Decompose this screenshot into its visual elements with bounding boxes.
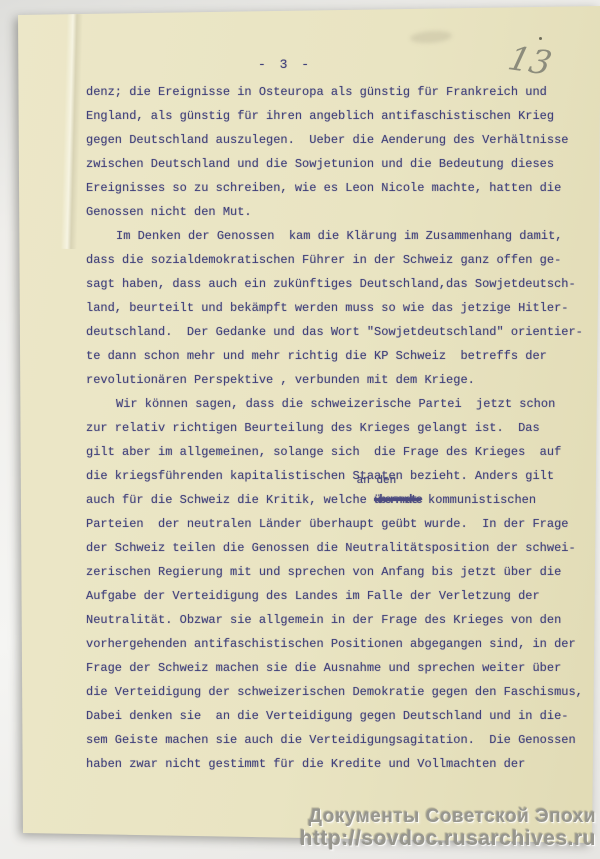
text-line: dass die sozialdemokratischen Führer in …: [86, 248, 600, 272]
inserted-correction: an den: [357, 475, 397, 487]
text-line: der Schweiz teilen die Genossen die Neut…: [86, 536, 600, 560]
scan-background: - 3 - 13 denz; die Ereignisse in Osteuro…: [0, 0, 600, 859]
text-line: Genossen nicht den Mut.: [86, 200, 600, 224]
text-line: die kriegsführenden kapitalistischen Sta…: [86, 464, 600, 488]
text-line: sem Geiste machen sie auch die Verteidig…: [86, 728, 600, 752]
text-line: revolutionären Perspektive , verbunden m…: [86, 368, 600, 392]
text-line: Dabei denken sie an die Verteidigung geg…: [86, 704, 600, 728]
watermark-url: http://sovdoc.rusarchives.ru: [300, 827, 596, 851]
text-line: sagt haben, dass auch ein zukünftiges De…: [86, 272, 600, 296]
paragraph: Wir können sagen, dass die schweizerisch…: [86, 392, 600, 776]
text-line: zwischen Deutschland und die Sowjetunion…: [86, 152, 600, 176]
text-line: te dann schon mehr und mehr richtig die …: [86, 344, 600, 368]
text-line: Im Denken der Genossen kam die Klärung i…: [86, 224, 600, 248]
text-line: Wir können sagen, dass die schweizerisch…: [86, 392, 600, 416]
text-line: Ereignisses so zu schreiben, wie es Leon…: [86, 176, 600, 200]
paper-crease: [61, 14, 83, 249]
text-line: an denauch für die Schweiz die Kritik, w…: [86, 488, 600, 512]
text-line: zur relativ richtigen Beurteilung des Kr…: [86, 416, 600, 440]
page-number: - 3 -: [240, 56, 330, 74]
text-line: England, als günstig für ihren angeblich…: [86, 104, 600, 128]
text-line: gilt aber im allgemeinen, solange sich d…: [86, 440, 600, 464]
text-line: land, beurteilt und bekämpft werden muss…: [86, 296, 600, 320]
text-line: Frage der Schweiz machen sie die Ausnahm…: [86, 656, 600, 680]
text-block: denz; die Ereignisse in Osteuropa als gü…: [86, 80, 600, 776]
ink-dot: [539, 37, 542, 40]
text-line: die Verteidigung der schweizerischen Dem…: [86, 680, 600, 704]
text-line: zerischen Regierung mit und sprechen von…: [86, 560, 600, 584]
watermark-title: Документы Советской Эпохи: [309, 806, 597, 828]
paragraph: Im Denken der Genossen kam die Klärung i…: [86, 224, 600, 392]
paper-sheet: - 3 - 13 denz; die Ereignisse in Osteuro…: [0, 0, 600, 859]
paragraph: denz; die Ereignisse in Osteuropa als gü…: [86, 80, 600, 224]
text-line: vorhergehenden antifaschistischen Positi…: [86, 632, 600, 656]
handwritten-page-number: 13: [504, 39, 555, 83]
text-line: gegen Deutschland auszulegen. Ueber die …: [86, 128, 600, 152]
text-line: deutschland. Der Gedanke und das Wort "S…: [86, 320, 600, 344]
paper-smudge: [410, 30, 453, 45]
text-line: denz; die Ereignisse in Osteuropa als gü…: [86, 80, 600, 104]
document-paper: - 3 - 13 denz; die Ereignisse in Osteuro…: [0, 0, 600, 859]
text-line: Aufgabe der Verteidigung des Landes im F…: [86, 584, 600, 608]
text-line: Parteien der neutralen Länder überhaupt …: [86, 512, 600, 536]
text-line: Neutralität. Obzwar sie allgemein in der…: [86, 608, 600, 632]
struck-word: überrmdte: [374, 493, 421, 507]
text-line: haben zwar nicht gestimmt für die Kredit…: [86, 752, 600, 776]
